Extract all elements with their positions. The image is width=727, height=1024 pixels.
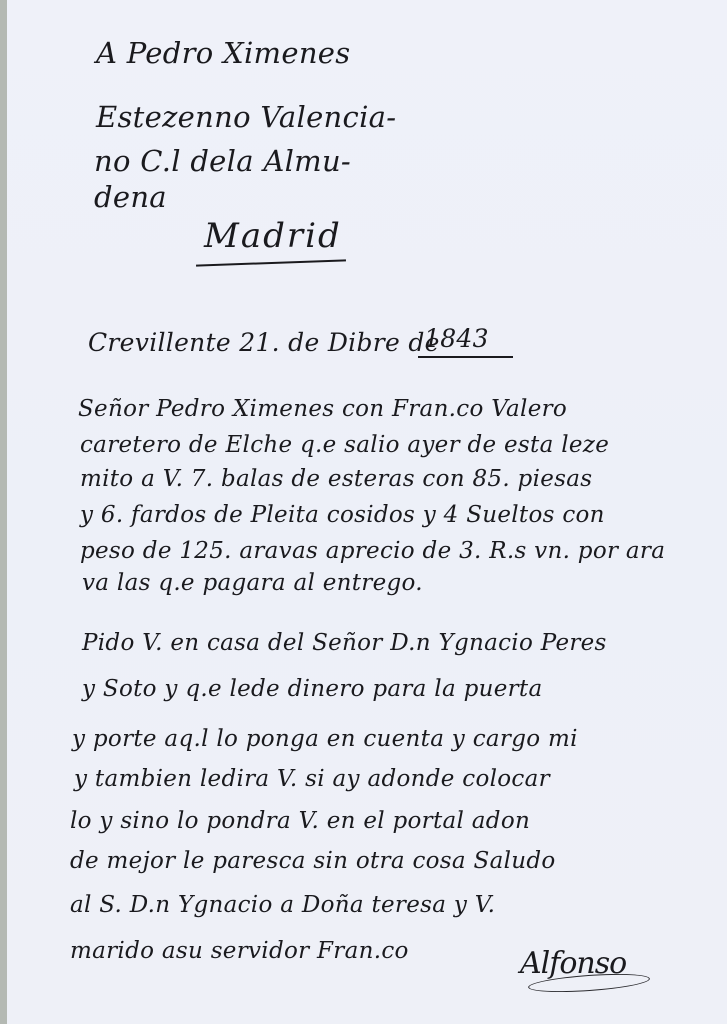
- date-place: Crevillente 21. de Dibre de: [88, 328, 440, 357]
- body-line: caretero de Elche q.e salio ayer de esta…: [80, 432, 609, 458]
- address-line-1: A Pedro Ximenes: [96, 36, 350, 70]
- address-city: Madrid: [204, 216, 342, 256]
- address-line-3: no C.l dela Almu-: [94, 144, 351, 178]
- body-line: al S. D.n Ygnacio a Doña teresa y V.: [70, 892, 495, 918]
- body-line: y 6. fardos de Pleita cosidos y 4 Suelto…: [80, 502, 605, 528]
- body-line: y Soto y q.e lede dinero para la puerta: [82, 676, 542, 702]
- address-line-2: Estezenno Valencia-: [96, 100, 396, 134]
- body-line: peso de 125. aravas aprecio de 3. R.s vn…: [80, 538, 665, 564]
- body-line: marido asu servidor Fran.co: [70, 938, 409, 964]
- body-line: lo y sino lo pondra V. en el portal adon: [70, 808, 530, 834]
- body-line: va las q.e pagara al entrego.: [82, 570, 423, 596]
- body-line: Pido V. en casa del Señor D.n Ygnacio Pe…: [82, 630, 607, 656]
- body-line: Señor Pedro Ximenes con Fran.co Valero: [78, 396, 567, 422]
- date-year: 1843: [424, 324, 489, 353]
- body-line: de mejor le paresca sin otra cosa Saludo: [70, 848, 556, 874]
- year-underline: [418, 356, 513, 358]
- body-line: y tambien ledira V. si ay adonde colocar: [74, 766, 550, 792]
- body-line: y porte aq.l lo ponga en cuenta y cargo …: [72, 726, 578, 752]
- address-line-4: dena: [94, 180, 167, 214]
- scan-edge-strip: [0, 0, 7, 1024]
- body-line: mito a V. 7. balas de esteras con 85. pi…: [80, 466, 592, 492]
